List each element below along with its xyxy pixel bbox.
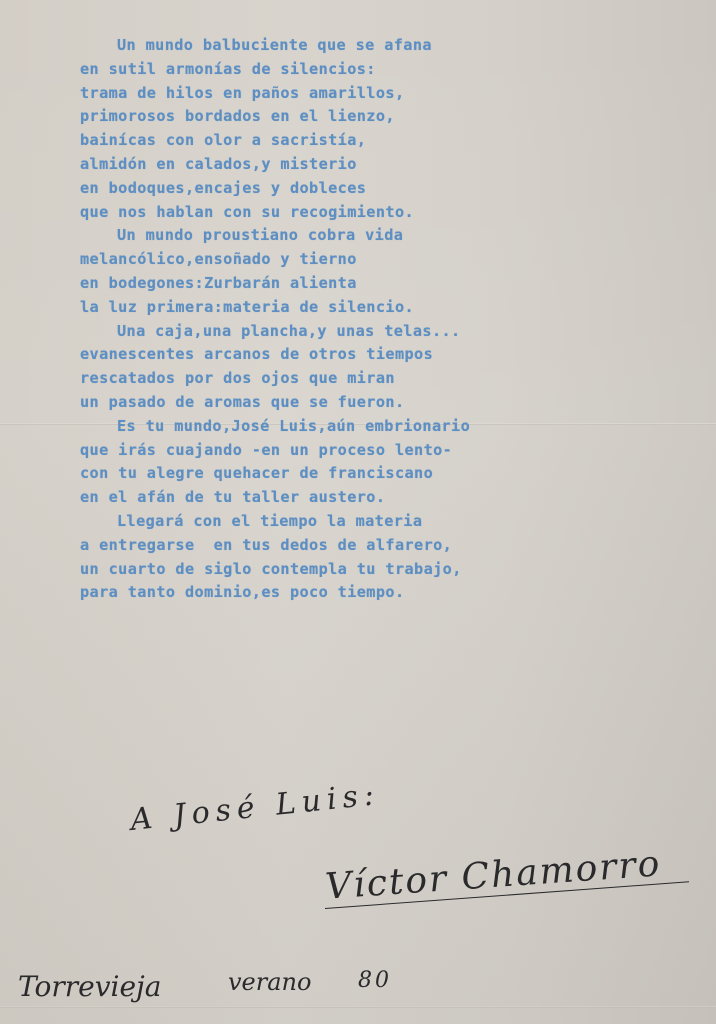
poem-line: Una caja,una plancha,y unas telas... xyxy=(80,320,470,344)
poem-line: con tu alegre quehacer de franciscano xyxy=(80,462,470,486)
poem-line: bainícas con olor a sacristía, xyxy=(80,129,470,153)
poem-line: Un mundo balbuciente que se afana xyxy=(80,34,470,58)
poem-line: Es tu mundo,José Luis,aún embrionario xyxy=(80,415,470,439)
stanza-2: Un mundo proustiano cobra vida melancóli… xyxy=(80,224,470,319)
poem-line: Llegará con el tiempo la materia xyxy=(80,510,470,534)
stanza-3: Una caja,una plancha,y unas telas... eva… xyxy=(80,320,470,415)
poem-line: Un mundo proustiano cobra vida xyxy=(80,224,470,248)
poem-line: evanescentes arcanos de otros tiempos xyxy=(80,343,470,367)
poem-line: que irás cuajando -en un proceso lento- xyxy=(80,439,470,463)
handwritten-place: Torrevieja xyxy=(18,970,161,1003)
poem-line: melancólico,ensoñado y tierno xyxy=(80,248,470,272)
typed-poem: Un mundo balbuciente que se afana en sut… xyxy=(80,34,470,605)
poem-line: en bodoques,encajes y dobleces xyxy=(80,177,470,201)
poem-line: un pasado de aromas que se fueron. xyxy=(80,391,470,415)
stanza-4: Es tu mundo,José Luis,aún embrionario qu… xyxy=(80,415,470,510)
poem-line: trama de hilos en paños amarillos, xyxy=(80,82,470,106)
handwritten-year: 80 xyxy=(358,968,392,993)
poem-line: en el afán de tu taller austero. xyxy=(80,486,470,510)
poem-line: la luz primera:materia de silencio. xyxy=(80,296,470,320)
fold-crease-bottom xyxy=(0,1006,716,1008)
poem-line: rescatados por dos ojos que miran xyxy=(80,367,470,391)
poem-line: primorosos bordados en el lienzo, xyxy=(80,105,470,129)
stanza-1: Un mundo balbuciente que se afana en sut… xyxy=(80,34,470,224)
poem-line: que nos hablan con su recogimiento. xyxy=(80,201,470,225)
poem-line: en bodegones:Zurbarán alienta xyxy=(80,272,470,296)
handwritten-month: verano xyxy=(228,968,311,996)
poem-line: almidón en calados,y misterio xyxy=(80,153,470,177)
poem-line: un cuarto de siglo contempla tu trabajo, xyxy=(80,558,470,582)
poem-line: a entregarse en tus dedos de alfarero, xyxy=(80,534,470,558)
poem-line: en sutil armonías de silencios: xyxy=(80,58,470,82)
poem-line: para tanto dominio,es poco tiempo. xyxy=(80,581,470,605)
stanza-5: Llegará con el tiempo la materia a entre… xyxy=(80,510,470,605)
